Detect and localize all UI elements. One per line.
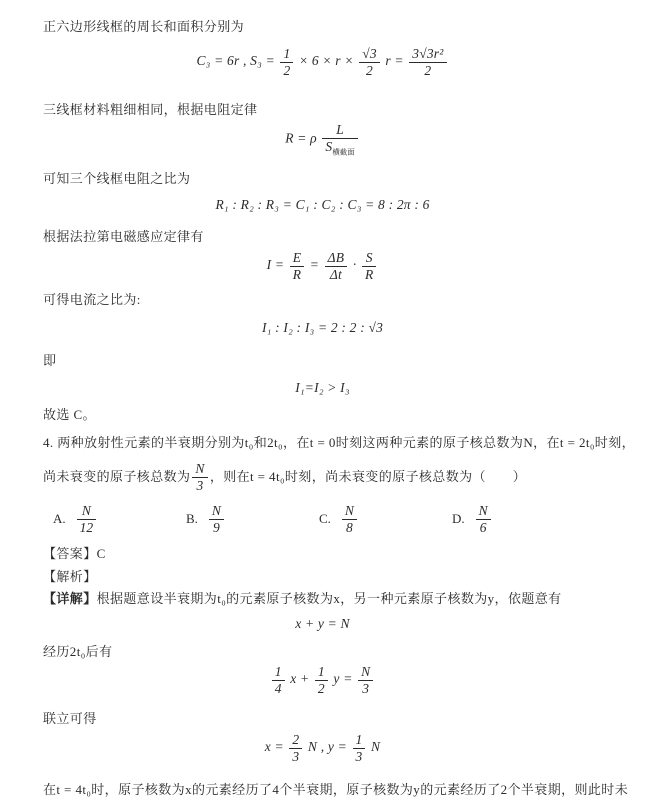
fraction: 13: [353, 732, 366, 764]
fraction-numerator: S: [362, 250, 376, 266]
answer-line: 【答案】C: [43, 545, 649, 563]
option-d: D. N6: [452, 503, 585, 535]
text-namely: 即: [43, 352, 649, 370]
fraction-numerator: 1: [353, 732, 366, 748]
multiplication-dot: ·: [353, 257, 357, 272]
formula-text: S₃ =: [250, 53, 275, 68]
text-faraday-law: 根据法拉第电磁感应定律有: [43, 228, 649, 246]
fraction-numerator: N: [77, 503, 97, 519]
formula-text: N ,: [308, 739, 324, 754]
fraction: ER: [290, 250, 304, 282]
fraction-denominator: Δt: [325, 266, 348, 283]
option-label: D.: [452, 511, 465, 527]
fraction: 12: [280, 46, 293, 78]
fraction: 3√3r²2: [409, 46, 446, 78]
formula-current-compare: I₁=I₂ > I₃: [0, 380, 645, 396]
text-after-2t0: 经历2t₀后有: [43, 643, 649, 661]
formula-text: N: [371, 739, 380, 754]
formula-text: × 6 × r ×: [299, 53, 354, 68]
analysis-label: 【解析】: [43, 568, 649, 586]
fraction-denominator: R: [362, 266, 376, 283]
option-label: B.: [186, 511, 198, 527]
text-resistance-ratio: 可知三个线框电阻之比为: [43, 170, 649, 188]
answer-value: C: [97, 546, 106, 561]
fraction: ΔBΔt: [325, 250, 348, 282]
formula-text: x +: [290, 671, 309, 686]
fraction-numerator: N: [192, 461, 207, 477]
fraction-numerator: N: [358, 664, 373, 680]
fraction: SR: [362, 250, 376, 282]
formula-text: R = ρ: [285, 131, 317, 146]
fraction-denominator: 2: [409, 62, 446, 79]
formula-decay: 14 x + 12 y = N3: [0, 664, 645, 696]
fraction-denominator: 2: [315, 680, 328, 697]
denominator-subscript: 横截面: [332, 147, 355, 156]
fraction-numerator: 1: [272, 664, 285, 680]
fraction: N3: [358, 664, 373, 696]
answer-label: 【答案】: [43, 546, 97, 561]
stem-text: ，则在t = 4t₀时刻，尚未衰变的原子核总数为（ ）: [210, 468, 526, 486]
fraction: N6: [476, 503, 491, 535]
option-c: C. N8: [319, 503, 452, 535]
formula-text: r =: [385, 53, 403, 68]
question4-options: A. N12 B. N9 C. N8 D. N6: [43, 503, 663, 535]
fraction-denominator: 8: [342, 519, 357, 536]
fraction: 23: [289, 732, 302, 764]
fraction-numerator: N: [476, 503, 491, 519]
text-current-ratio: 可得电流之比为:: [43, 291, 649, 309]
fraction-denominator: R: [290, 266, 304, 283]
fraction-denominator: 3: [353, 748, 366, 765]
formula-text: y =: [333, 671, 352, 686]
fraction: 14: [272, 664, 285, 696]
text-resistance-law: 三线框材料粗细相同，根据电阻定律: [43, 101, 649, 119]
fraction-numerator: √3: [359, 46, 380, 62]
formula-text: C₃ = 6r ,: [196, 53, 246, 68]
fraction-denominator: 6: [476, 519, 491, 536]
fraction-denominator: 3: [358, 680, 373, 697]
option-b: B. N9: [186, 503, 319, 535]
fraction: N12: [77, 503, 97, 535]
fraction-denominator: 4: [272, 680, 285, 697]
formula-text: I =: [267, 257, 285, 272]
fraction-denominator: 3: [289, 748, 302, 765]
detail-line: 【详解】根据题意设半衰期为t₀的元素原子核数为x，另一种元素原子核数为y，依题意…: [43, 590, 649, 608]
question4-stem-line1: 4. 两种放射性元素的半衰期分别为t₀和2t₀，在t = 0时刻这两种元素的原子…: [43, 434, 649, 452]
formula-text: y =: [328, 739, 347, 754]
document-page: 正六边形线框的周长和面积分别为 C₃ = 6r , S₃ = 12 × 6 × …: [0, 0, 669, 806]
fraction: N3: [192, 461, 207, 493]
fraction-numerator: E: [290, 250, 304, 266]
fraction-numerator: 1: [280, 46, 293, 62]
formula-perimeter-area: C₃ = 6r , S₃ = 12 × 6 × r × √32 r = 3√3r…: [0, 46, 645, 78]
fraction-numerator: 1: [315, 664, 328, 680]
detail-label: 【详解】: [43, 591, 97, 606]
formula-text: R₁ : R₂ : R₃ = C₁ : C₂ : C₃ = 8 : 2π : 6: [215, 197, 429, 212]
text-perimeter-area: 正六边形线框的周长和面积分别为: [43, 18, 649, 36]
formula-text: x + y = N: [295, 616, 350, 631]
fraction: LS横截面: [322, 122, 357, 157]
detail-text: 根据题意设半衰期为t₀的元素原子核数为x，另一种元素原子核数为y，依题意有: [97, 591, 562, 606]
fraction-numerator: N: [342, 503, 357, 519]
fraction-denominator: S横截面: [322, 138, 357, 157]
option-label: A.: [53, 511, 66, 527]
option-a: A. N12: [53, 503, 186, 535]
formula-current-ratio: I₁ : I₂ : I₃ = 2 : 2 : √3: [0, 320, 645, 336]
fraction-denominator: 9: [209, 519, 224, 536]
text-combine: 联立可得: [43, 710, 649, 728]
fraction-numerator: ΔB: [325, 250, 348, 266]
fraction-denominator: 2: [359, 62, 380, 79]
formula-current: I = ER = ΔBΔt · SR: [0, 250, 645, 282]
stem-text: 尚未衰变的原子核总数为: [43, 468, 190, 486]
fraction-numerator: 2: [289, 732, 302, 748]
fraction-denominator: 3: [192, 477, 207, 494]
formula-text: x =: [265, 739, 284, 754]
fraction-numerator: N: [209, 503, 224, 519]
fraction-denominator: 12: [77, 519, 97, 536]
fraction: N8: [342, 503, 357, 535]
formula-text: =: [310, 257, 319, 272]
formula-text: I₁ : I₂ : I₃ = 2 : 2 : √3: [262, 320, 383, 335]
option-label: C.: [319, 511, 331, 527]
fraction-denominator: 2: [280, 62, 293, 79]
fraction: 12: [315, 664, 328, 696]
fraction: N9: [209, 503, 224, 535]
text-final: 在t = 4t₀时，原子核数为x的元素经历了4个半衰期，原子核数为y的元素经历了…: [43, 781, 649, 799]
formula-resistance: R = ρ LS横截面: [0, 122, 645, 157]
formula-sum: x + y = N: [0, 616, 645, 632]
fraction-numerator: 3√3r²: [409, 46, 446, 62]
formula-text: I₁=I₂ > I₃: [295, 380, 350, 395]
text-choose-c: 故选 C。: [43, 406, 649, 424]
formula-resistance-ratio: R₁ : R₂ : R₃ = C₁ : C₂ : C₃ = 8 : 2π : 6: [0, 197, 645, 213]
question4-stem-line2: 尚未衰变的原子核总数为 N3 ，则在t = 4t₀时刻，尚未衰变的原子核总数为（…: [43, 461, 649, 493]
fraction: √32: [359, 46, 380, 78]
fraction-numerator: L: [322, 122, 357, 138]
formula-solution: x = 23 N , y = 13 N: [0, 732, 645, 764]
